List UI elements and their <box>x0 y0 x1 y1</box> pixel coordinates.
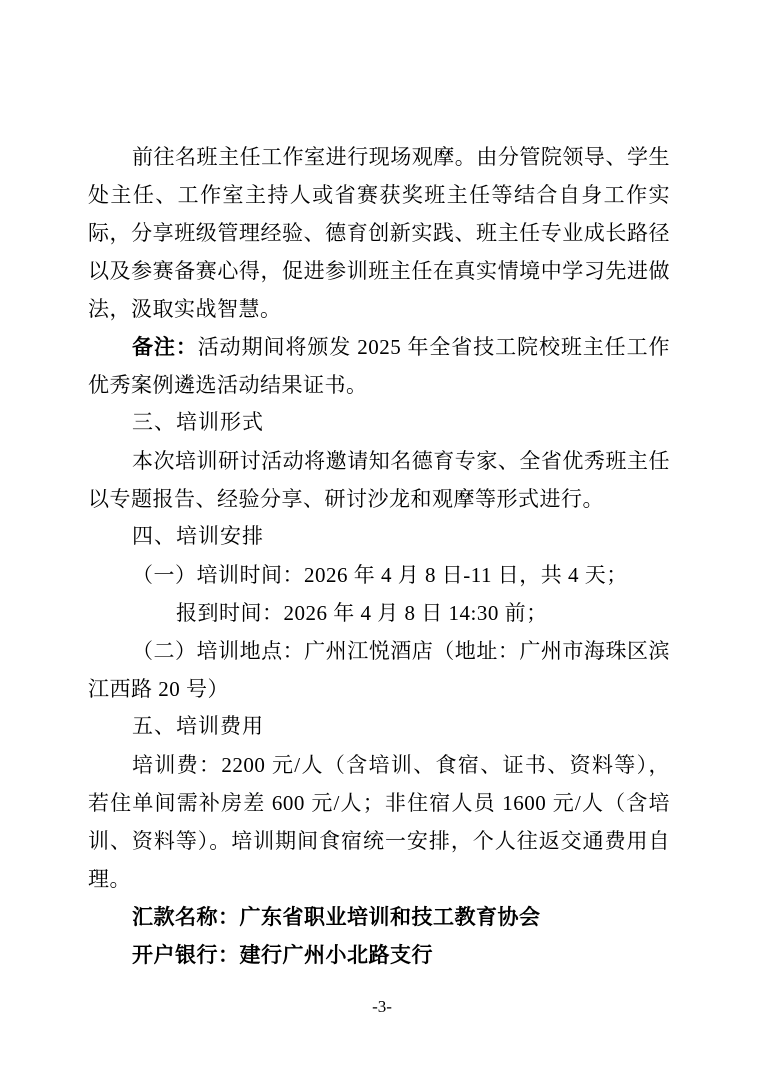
document-page: 前往名班主任工作室进行现场观摩。由分管院领导、学生处主任、工作室主持人或省赛获奖… <box>0 0 764 1080</box>
text-run: 本次培训研讨活动将邀请知名德育专家、全省优秀班主任以专题报告、经验分享、研讨沙龙… <box>88 449 670 511</box>
paragraph-training-venue: （二）培训地点：广州江悦酒店（地址：广州市海珠区滨江西路 20 号） <box>88 632 670 708</box>
text-run: （二）培训地点：广州江悦酒店（地址：广州市海珠区滨江西路 20 号） <box>88 639 670 701</box>
text-run: 三、培训形式 <box>132 411 264 434</box>
heading-section-3-training-format: 三、培训形式 <box>88 404 670 442</box>
bold-text-run: 备注： <box>132 335 198 359</box>
paragraph-checkin-time: 报到时间：2026 年 4 月 8 日 14:30 前； <box>88 594 670 632</box>
bold-text-run: 汇款名称：广东省职业培训和技工教育协会 <box>132 905 541 929</box>
paragraph-training-time: （一）培训时间：2026 年 4 月 8 日-11 日，共 4 天； <box>88 556 670 594</box>
text-run: 四、培训安排 <box>132 525 264 548</box>
text-run: 培训费：2200 元/人（含培训、食宿、证书、资料等），若住单间需补房差 600… <box>88 753 670 891</box>
paragraph-workshop-observation: 前往名班主任工作室进行现场观摩。由分管院领导、学生处主任、工作室主持人或省赛获奖… <box>88 138 670 328</box>
paragraph-training-format: 本次培训研讨活动将邀请知名德育专家、全省优秀班主任以专题报告、经验分享、研讨沙龙… <box>88 442 670 518</box>
bold-text-run: 开户银行：建行广州小北路支行 <box>132 943 433 967</box>
text-run: 前往名班主任工作室进行现场观摩。由分管院领导、学生处主任、工作室主持人或省赛获奖… <box>88 145 670 321</box>
text-run: （一）培训时间：2026 年 4 月 8 日-11 日，共 4 天； <box>132 563 628 587</box>
text-run: 报到时间：2026 年 4 月 8 日 14:30 前； <box>176 601 548 625</box>
heading-section-4-training-schedule: 四、培训安排 <box>88 518 670 556</box>
paragraph-training-fee: 培训费：2200 元/人（含培训、食宿、证书、资料等），若住单间需补房差 600… <box>88 746 670 898</box>
document-content: 前往名班主任工作室进行现场观摩。由分管院领导、学生处主任、工作室主持人或省赛获奖… <box>88 138 670 974</box>
text-run: 五、培训费用 <box>132 715 264 738</box>
paragraph-bank-name: 开户银行：建行广州小北路支行 <box>88 936 670 974</box>
heading-section-5-training-fee: 五、培训费用 <box>88 708 670 746</box>
paragraph-note: 备注：活动期间将颁发 2025 年全省技工院校班主任工作优秀案例遴选活动结果证书… <box>88 328 670 404</box>
page-number: -3- <box>0 996 764 1018</box>
paragraph-remittance-name: 汇款名称：广东省职业培训和技工教育协会 <box>88 898 670 936</box>
